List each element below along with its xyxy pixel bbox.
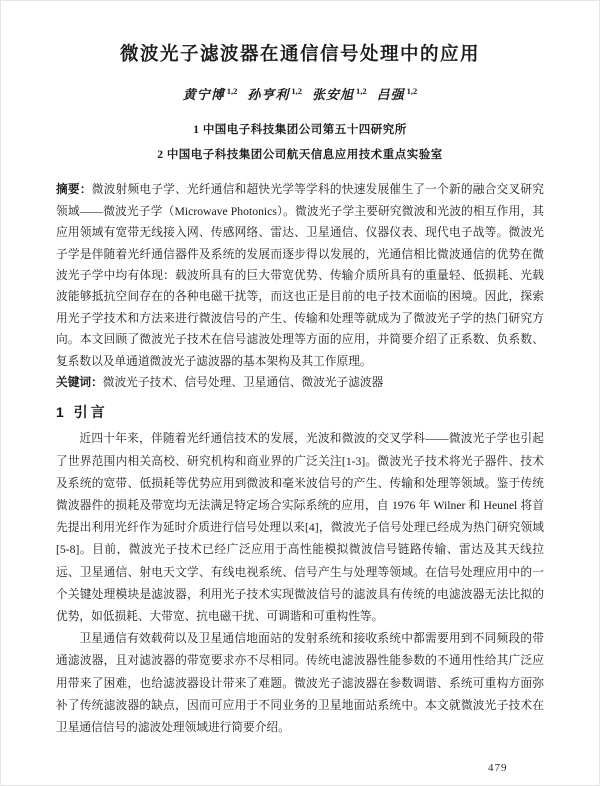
keywords-line: 关键词：微波光子技术、信号处理、卫星通信、微波光子滤波器	[56, 372, 544, 393]
affiliation-1: 1 中国电子科技集团公司第五十四研究所	[56, 123, 544, 138]
author-line: 黄宁博1,2孙亨利1,2张安旭1,2吕强1,2	[56, 82, 544, 104]
section-1-heading: 1 引言	[56, 402, 544, 422]
section-1-paragraph-1: 近四十年来，伴随着光纤通信技术的发展，光波和微波的交叉学科——微波光子学也引起了…	[56, 428, 544, 628]
author-1-name: 黄宁博	[183, 87, 225, 102]
page-number: 479	[488, 762, 508, 774]
author-2-name: 孙亨利	[247, 87, 289, 102]
abstract-text: 微波射频电子学、光纤通信和超快光学等学科的快速发展催生了一个新的融合交叉研究领域…	[56, 183, 544, 367]
author-2: 孙亨利1,2	[247, 87, 302, 102]
author-4: 吕强1,2	[377, 87, 418, 102]
author-3-name: 张安旭	[312, 87, 354, 102]
author-3-affiliation-superscript: 1,2	[356, 86, 367, 96]
section-1-paragraph-2: 卫星通信有效载荷以及卫星通信地面站的发射系统和接收系统中都需要用到不同频段的带通…	[56, 628, 544, 739]
author-4-name: 吕强	[377, 87, 405, 102]
abstract-paragraph: 摘要：微波射频电子学、光纤通信和超快光学等学科的快速发展催生了一个新的融合交叉研…	[56, 179, 544, 372]
paper-page: 微波光子滤波器在通信信号处理中的应用 黄宁博1,2孙亨利1,2张安旭1,2吕强1…	[0, 0, 600, 786]
abstract-label: 摘要：	[56, 183, 92, 196]
affiliation-2: 2 中国电子科技集团公司航天信息应用技术重点实验室	[56, 148, 544, 163]
paper-content: 微波光子滤波器在通信信号处理中的应用 黄宁博1,2孙亨利1,2张安旭1,2吕强1…	[1, 41, 599, 739]
author-1-affiliation-superscript: 1,2	[227, 86, 238, 96]
author-4-affiliation-superscript: 1,2	[407, 86, 418, 96]
author-3: 张安旭1,2	[312, 87, 367, 102]
author-2-affiliation-superscript: 1,2	[291, 86, 302, 96]
keywords-label: 关键词：	[56, 376, 103, 389]
paper-title: 微波光子滤波器在通信信号处理中的应用	[56, 41, 544, 69]
keywords-text: 微波光子技术、信号处理、卫星通信、微波光子滤波器	[103, 376, 384, 389]
author-1: 黄宁博1,2	[183, 87, 238, 102]
